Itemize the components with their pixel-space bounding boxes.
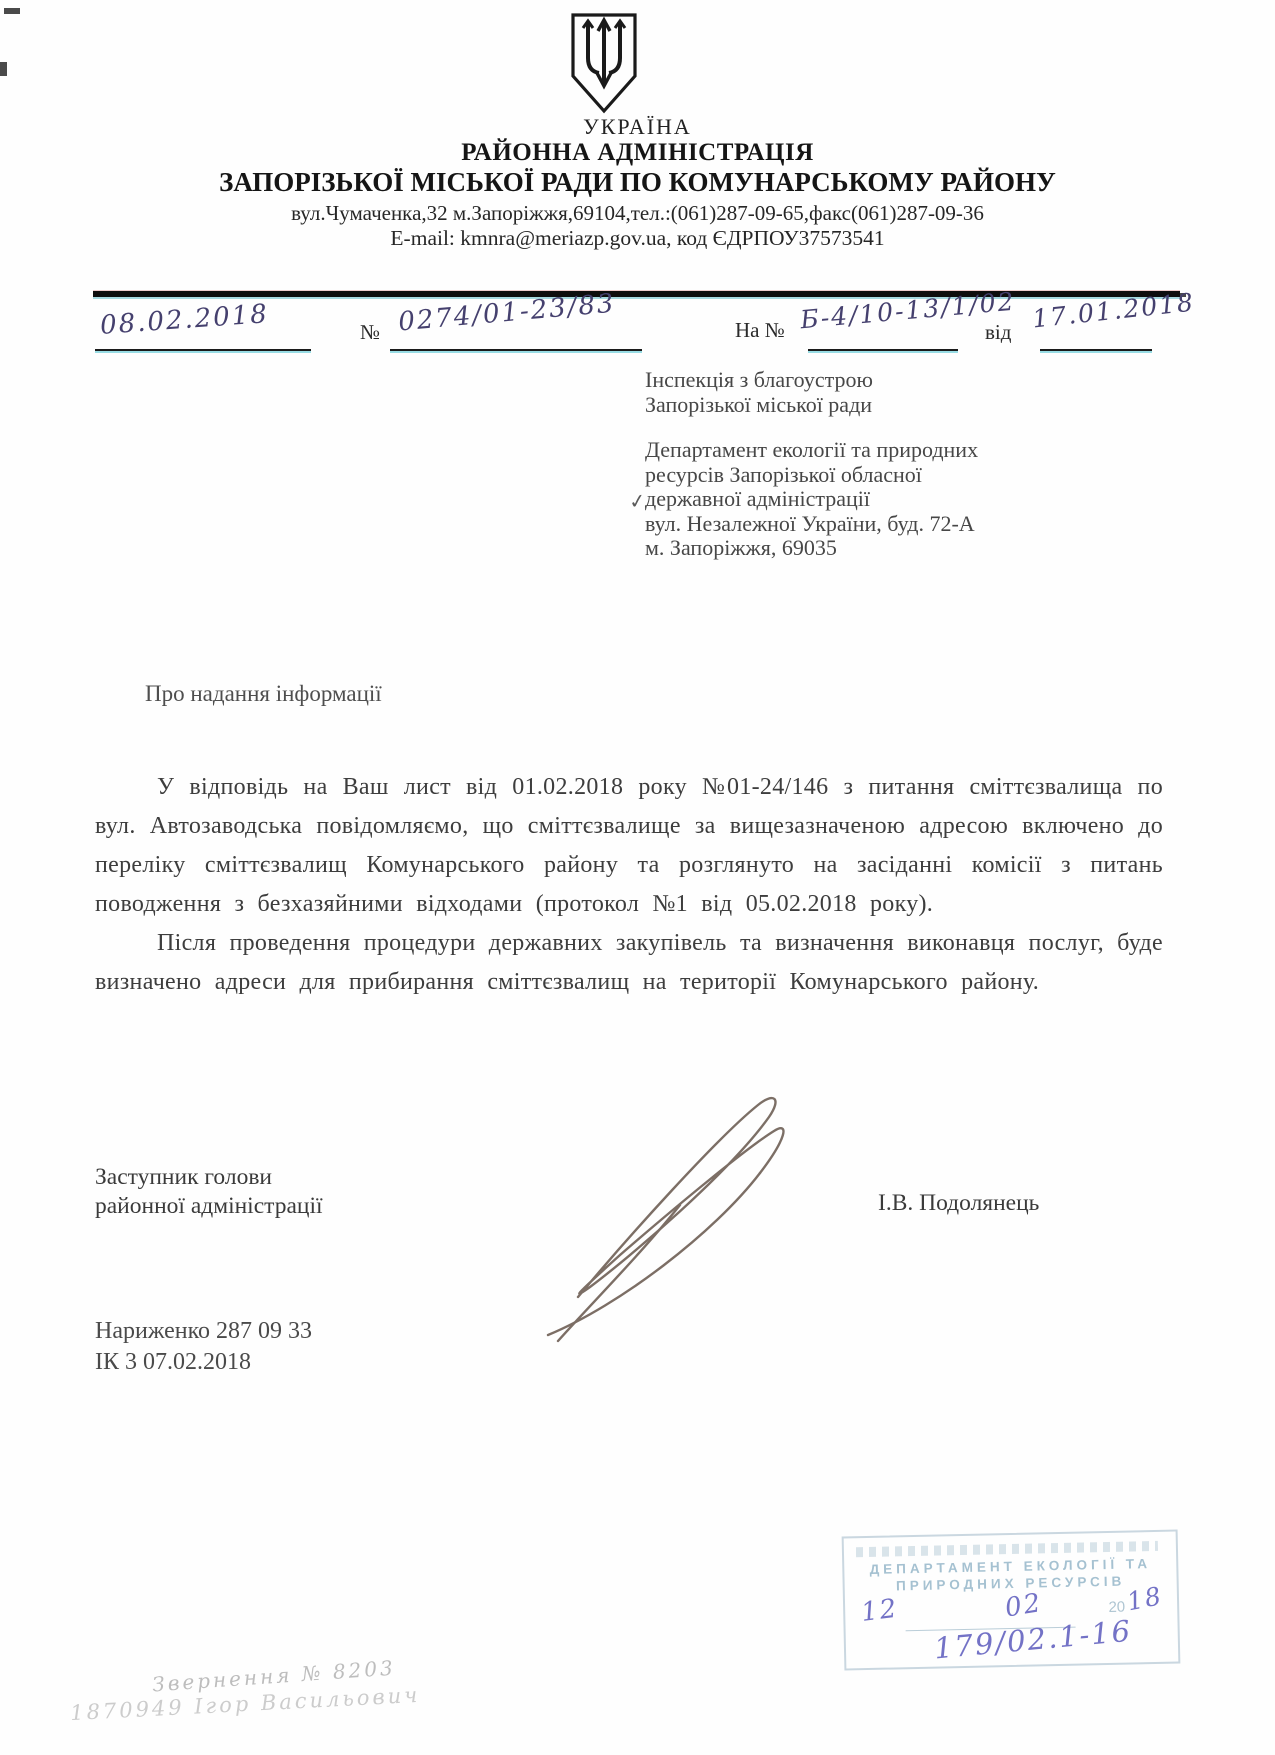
country-name: УКРАЇНА <box>0 114 1275 140</box>
org-address-line: вул.Чумаченка,32 м.Запоріжжя,69104,тел.:… <box>0 201 1275 226</box>
body-paragraph-1: У відповідь на Ваш лист від 01.02.2018 р… <box>95 768 1163 924</box>
field-line <box>1040 349 1152 351</box>
recipient-line: м. Запоріжжя, 69035 <box>645 536 1075 561</box>
recipient-line: державної адміністрації <box>645 487 1075 512</box>
signer-name: І.В. Подолянець <box>878 1190 1039 1217</box>
handwritten-signature <box>430 1085 810 1345</box>
recipient-line: Департамент екології та природних <box>645 438 1075 463</box>
recipient-line: ресурсів Запорізької обласної <box>645 463 1075 488</box>
scan-artifact <box>4 8 20 14</box>
body-paragraph-2: Після проведення процедури державних зак… <box>95 924 1163 1002</box>
checkmark-icon: ✓ <box>627 488 647 515</box>
incoming-date-label: від <box>985 320 1011 345</box>
letterhead-divider-rule <box>93 291 1180 297</box>
signer-title-line2: районної адміністрації <box>95 1192 323 1221</box>
org-name-line2: ЗАПОРІЗЬКОЇ МІСЬКОЇ РАДИ ПО КОМУНАРСЬКОМ… <box>0 167 1275 198</box>
scanned-letter-page: УКРАЇНА РАЙОННА АДМІНІСТРАЦІЯ ЗАПОРІЗЬКО… <box>0 0 1275 1755</box>
outgoing-date-handwritten: 08.02.2018 <box>99 299 270 341</box>
letter-footer: Нариженко 287 09 33 ІК 3 07.02.2018 <box>95 1316 312 1378</box>
ukraine-trident-emblem-icon <box>568 12 640 116</box>
recipient-line: Інспекція з благоустрою <box>645 368 1075 393</box>
field-line <box>95 349 311 351</box>
recipient-line: вул. Незалежної України, буд. 72-А <box>645 512 1075 537</box>
stamp-day-handwritten: 12 <box>859 1594 900 1628</box>
outgoing-number-label: № <box>360 320 380 345</box>
incoming-ref-label: На № <box>735 318 785 343</box>
stamp-faint-text-row <box>856 1541 1158 1557</box>
registration-line: ІК 3 07.02.2018 <box>95 1347 312 1378</box>
executor-line: Нариженко 287 09 33 <box>95 1316 312 1347</box>
letter-body: У відповідь на Ваш лист від 01.02.2018 р… <box>95 768 1163 1002</box>
org-name-line1: РАЙОННА АДМІНІСТРАЦІЯ <box>0 139 1275 167</box>
field-line <box>808 349 958 351</box>
stamp-year-handwritten: 18 <box>1125 1581 1166 1616</box>
scan-artifact <box>0 62 7 76</box>
field-line <box>390 349 642 351</box>
incoming-registration-stamp: ДЕПАРТАМЕНТ ЕКОЛОГІЇ ТА ПРИРОДНИХ РЕСУРС… <box>842 1529 1181 1670</box>
signer-title: Заступник голови районної адміністрації <box>95 1163 323 1221</box>
subject-line: Про надання інформації <box>145 681 382 707</box>
signer-title-line1: Заступник голови <box>95 1163 323 1192</box>
stamp-number-handwritten: 179/02.1-16 <box>933 1614 1134 1666</box>
org-contact-line: E-mail: kmnra@meriazp.gov.ua, код ЄДРПОУ… <box>0 226 1275 251</box>
recipient-line: Запорізької міської ради <box>645 393 1075 418</box>
recipient-block: Інспекція з благоустрою Запорізької місь… <box>645 368 1075 561</box>
stamp-month-handwritten: 02 <box>1003 1588 1044 1624</box>
